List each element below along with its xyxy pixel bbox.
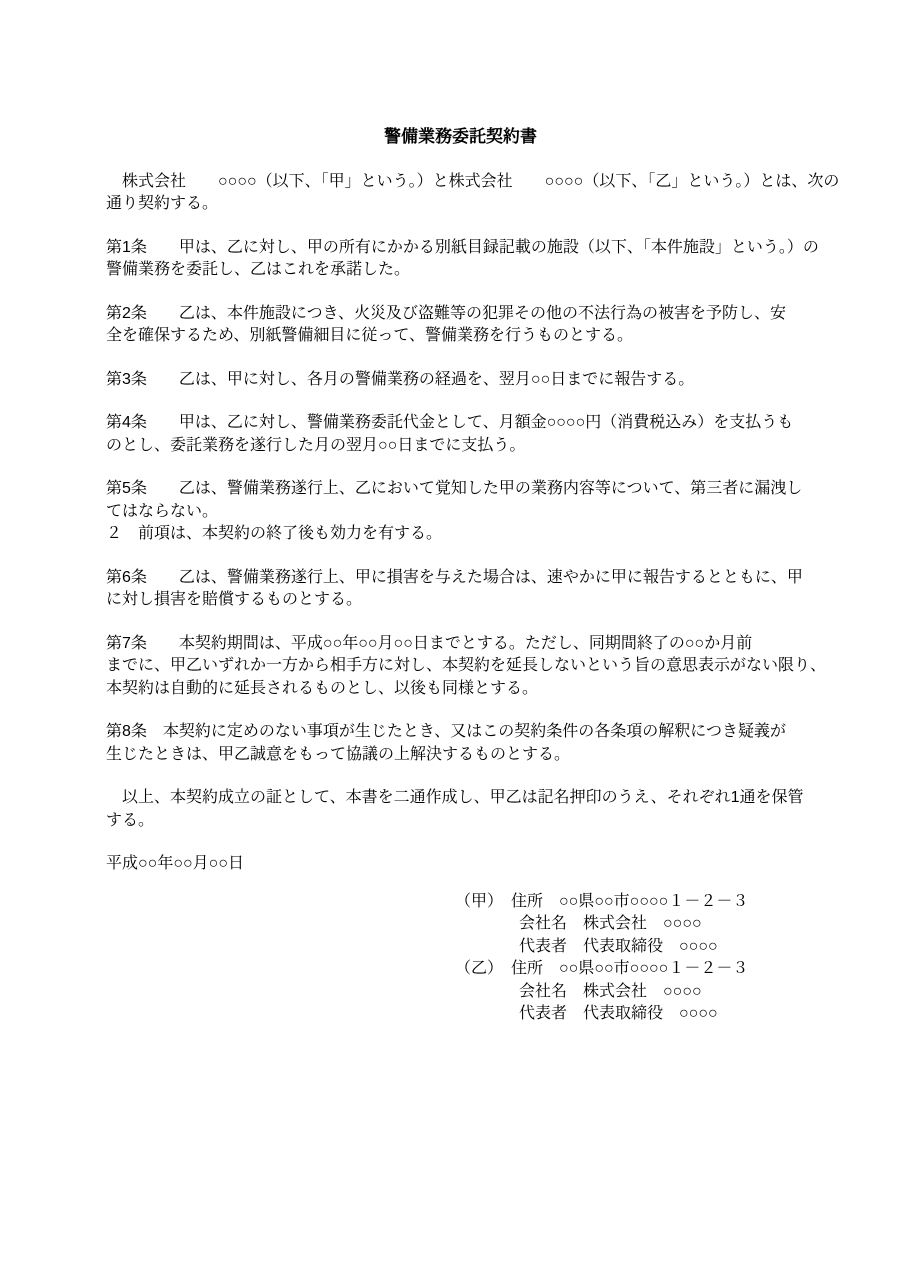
signature-party-otsu-representative: 代表者 代表取締役 ○○○○ <box>455 1003 815 1026</box>
contract-document: 警備業務委託契約書 株式会社 ○○○○（以下、「甲」という。）と株式会社 ○○○… <box>0 0 905 1026</box>
article-6: 第6条 乙は、警備業務遂行上、甲に損害を与えた場合は、速やかに甲に報告するととも… <box>106 567 815 612</box>
article-line: 本契約は自動的に延長されるものとし、以後も同様とする。 <box>106 678 815 701</box>
article-3: 第3条 乙は、甲に対し、各月の警備業務の経過を、翌月○○日までに報告する。 <box>106 369 815 392</box>
article-line: 第1条 甲は、乙に対し、甲の所有にかかる別紙目録記載の施設（以下、「本件施設」と… <box>106 237 815 260</box>
article-line: に対し損害を賠償するものとする。 <box>106 589 815 612</box>
article-line: 第3条 乙は、甲に対し、各月の警備業務の経過を、翌月○○日までに報告する。 <box>106 369 815 392</box>
signature-party-otsu-address: （乙） 住所 ○○県○○市○○○○１－２－３ <box>455 958 815 981</box>
closing-line: する。 <box>106 810 815 833</box>
contract-date: 平成○○年○○月○○日 <box>106 853 815 876</box>
signature-party-kou-representative: 代表者 代表取締役 ○○○○ <box>455 936 815 959</box>
signature-party-otsu-company: 会社名 株式会社 ○○○○ <box>455 981 815 1004</box>
article-line: 全を確保するため、別紙警備細目に従って、警備業務を行うものとする。 <box>106 325 815 348</box>
signature-party-kou-company: 会社名 株式会社 ○○○○ <box>455 913 815 936</box>
article-line: 第7条 本契約期間は、平成○○年○○月○○日までとする。ただし、同期間終了の○○… <box>106 633 815 656</box>
document-title: 警備業務委託契約書 <box>106 126 815 149</box>
article-line: 第2条 乙は、本件施設につき、火災及び盗難等の犯罪その他の不法行為の被害を予防し… <box>106 303 815 326</box>
article-line: 第8条 本契約に定めのない事項が生じたとき、又はこの契約条件の各条項の解釈につき… <box>106 721 815 744</box>
article-4: 第4条 甲は、乙に対し、警備業務委託代金として、月額金○○○○円（消費税込み）を… <box>106 412 815 457</box>
article-2: 第2条 乙は、本件施設につき、火災及び盗難等の犯罪その他の不法行為の被害を予防し… <box>106 303 815 348</box>
article-line: 第6条 乙は、警備業務遂行上、甲に損害を与えた場合は、速やかに甲に報告するととも… <box>106 567 815 590</box>
article-5: 第5条 乙は、警備業務遂行上、乙において覚知した甲の業務内容等について、第三者に… <box>106 478 815 546</box>
closing-line: 以上、本契約成立の証として、本書を二通作成し、甲乙は記名押印のうえ、それぞれ1通… <box>106 787 815 810</box>
date-line: 平成○○年○○月○○日 <box>106 853 815 876</box>
article-7: 第7条 本契約期間は、平成○○年○○月○○日までとする。ただし、同期間終了の○○… <box>106 633 815 701</box>
preamble-line: 通り契約する。 <box>106 193 815 216</box>
preamble: 株式会社 ○○○○（以下、「甲」という。）と株式会社 ○○○○（以下、「乙」とい… <box>106 171 815 216</box>
article-line: 第4条 甲は、乙に対し、警備業務委託代金として、月額金○○○○円（消費税込み）を… <box>106 412 815 435</box>
article-line: のとし、委託業務を遂行した月の翌月○○日までに支払う。 <box>106 435 815 458</box>
article-8: 第8条 本契約に定めのない事項が生じたとき、又はこの契約条件の各条項の解釈につき… <box>106 721 815 766</box>
article-line: 警備業務を委託し、乙はこれを承諾した。 <box>106 259 815 282</box>
article-line: 第5条 乙は、警備業務遂行上、乙において覚知した甲の業務内容等について、第三者に… <box>106 478 815 501</box>
article-line: までに、甲乙いずれか一方から相手方に対し、本契約を延長しないという旨の意思表示が… <box>106 655 815 678</box>
preamble-line: 株式会社 ○○○○（以下、「甲」という。）と株式会社 ○○○○（以下、「乙」とい… <box>106 171 815 194</box>
article-line: てはならない。 <box>106 501 815 524</box>
article-line: 生じたときは、甲乙誠意をもって協議の上解決するものとする。 <box>106 744 815 767</box>
signature-block: （甲） 住所 ○○県○○市○○○○１－２－３ 会社名 株式会社 ○○○○ 代表者… <box>455 891 815 1026</box>
closing-statement: 以上、本契約成立の証として、本書を二通作成し、甲乙は記名押印のうえ、それぞれ1通… <box>106 787 815 832</box>
article-1: 第1条 甲は、乙に対し、甲の所有にかかる別紙目録記載の施設（以下、「本件施設」と… <box>106 237 815 282</box>
article-clause-2: ２ 前項は、本契約の終了後も効力を有する。 <box>106 523 815 546</box>
signature-party-kou-address: （甲） 住所 ○○県○○市○○○○１－２－３ <box>455 891 815 914</box>
